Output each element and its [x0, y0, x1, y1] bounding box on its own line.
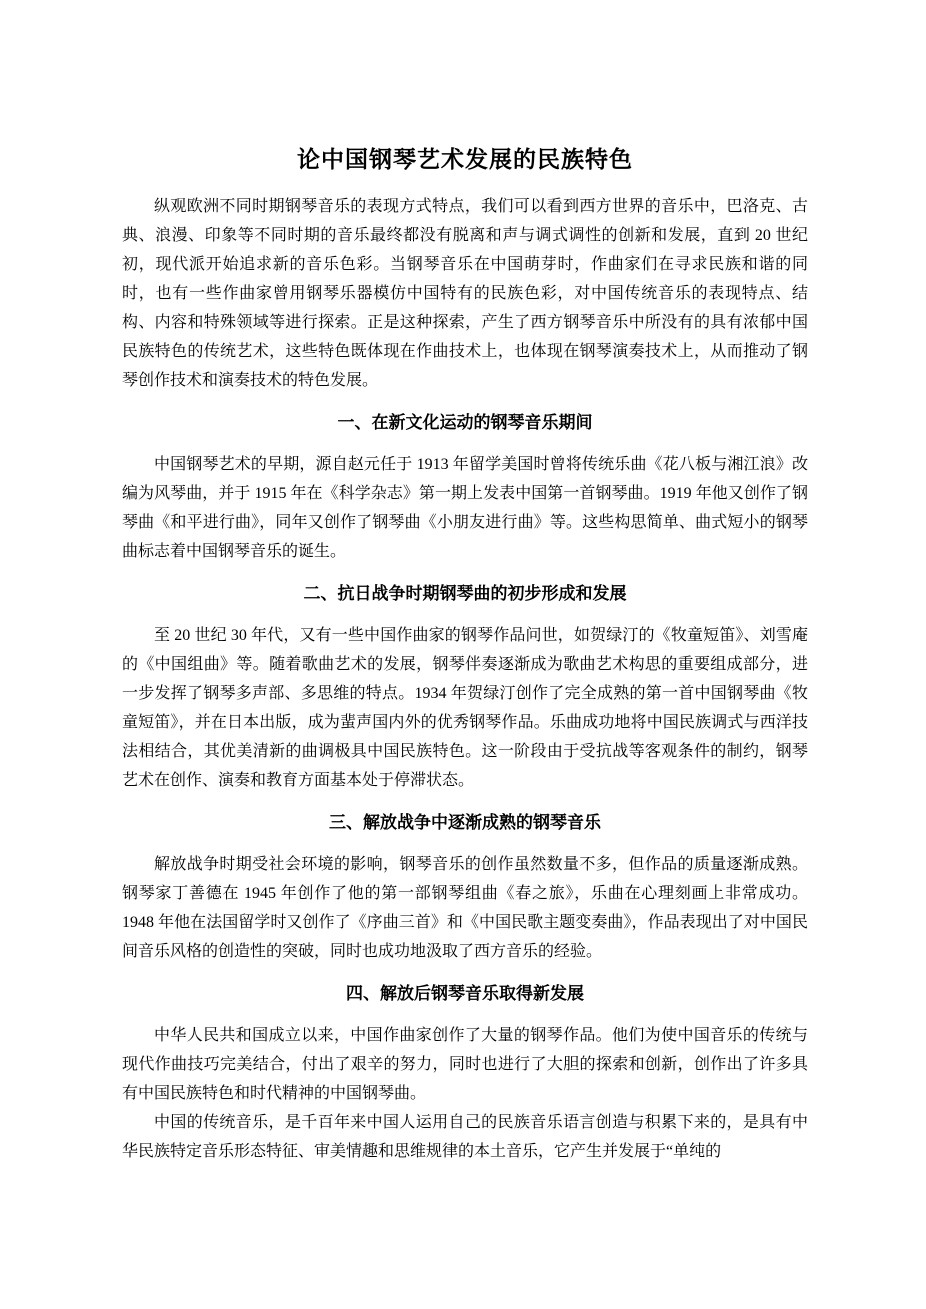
section-1-paragraph-1: 中国钢琴艺术的早期，源自赵元任于 1913 年留学美国时曾将传统乐曲《花八板与湘…	[122, 450, 808, 566]
document-page: 论中国钢琴艺术发展的民族特色 纵观欧洲不同时期钢琴音乐的表现方式特点，我们可以看…	[0, 0, 926, 1309]
section-heading-1: 一、在新文化运动的钢琴音乐期间	[122, 408, 808, 437]
section-heading-4: 四、解放后钢琴音乐取得新发展	[122, 979, 808, 1008]
section-heading-2: 二、抗日战争时期钢琴曲的初步形成和发展	[122, 579, 808, 608]
section-2-paragraph-1: 至 20 世纪 30 年代，又有一些中国作曲家的钢琴作品问世，如贺绿汀的《牧童短…	[122, 621, 808, 795]
section-3-paragraph-1: 解放战争时期受社会环境的影响，钢琴音乐的创作虽然数量不多，但作品的质量逐渐成熟。…	[122, 850, 808, 966]
section-4-paragraph-2: 中国的传统音乐，是千百年来中国人运用自己的民族音乐语言创造与积累下来的，是具有中…	[122, 1108, 808, 1166]
intro-paragraph: 纵观欧洲不同时期钢琴音乐的表现方式特点，我们可以看到西方世界的音乐中，巴洛克、古…	[122, 192, 808, 395]
document-title: 论中国钢琴艺术发展的民族特色	[122, 145, 808, 175]
section-4-paragraph-1: 中华人民共和国成立以来，中国作曲家创作了大量的钢琴作品。他们为使中国音乐的传统与…	[122, 1021, 808, 1108]
section-heading-3: 三、解放战争中逐渐成熟的钢琴音乐	[122, 808, 808, 837]
